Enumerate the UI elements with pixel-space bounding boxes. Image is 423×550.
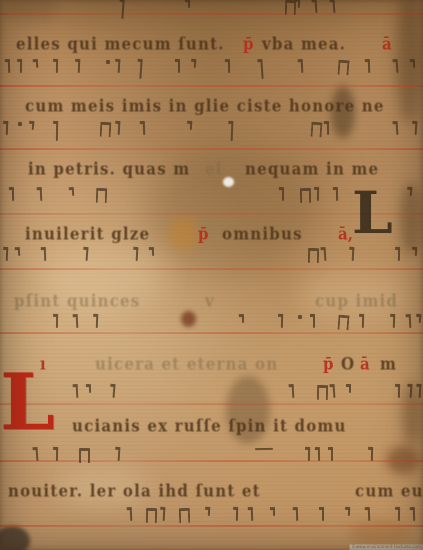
neume-mark: [36, 448, 39, 461]
neume-mark: [415, 122, 418, 135]
chant-text-segment: v: [205, 293, 215, 310]
neume-mark: [179, 508, 191, 523]
chant-text-segment: ā: [360, 356, 370, 373]
neume-mark: [76, 385, 79, 398]
neume-mark: [327, 122, 329, 135]
neume-mark: [273, 508, 275, 516]
neume-mark: [56, 60, 58, 73]
neume-mark: [143, 122, 145, 135]
neume-mark: [139, 60, 142, 79]
red-ruling-line: [0, 332, 423, 334]
neume-mark: [296, 508, 298, 521]
neume-mark: [208, 508, 210, 516]
parchment-stain: [223, 177, 234, 187]
neume-mark: [18, 122, 22, 126]
neume-mark: [298, 315, 302, 319]
neume-mark: [396, 122, 399, 135]
parchment-stain: [0, 526, 30, 550]
neume-mark: [419, 385, 422, 398]
neume-mark: [322, 508, 324, 521]
neume-mark: [324, 248, 327, 261]
parchment-stain: [168, 216, 198, 252]
chant-text-segment: pſint quinces: [14, 293, 140, 310]
neume-mark: [308, 248, 319, 263]
neume-mark: [348, 508, 350, 516]
neume-mark: [352, 248, 355, 261]
red-ruling-line: [0, 148, 423, 150]
neume-mark: [78, 60, 80, 73]
chant-text-segment: ucianis ex ruſſe ſpin it domu: [72, 418, 347, 435]
chant-text-segment: O: [341, 356, 355, 373]
neume-mark: [146, 508, 157, 523]
chant-text-segment: p̄: [198, 226, 209, 243]
chant-text-segment: uicera et eterna on: [95, 356, 278, 373]
red-ruling-line: [0, 268, 423, 270]
neume-mark: [281, 315, 283, 328]
neume-mark: [190, 122, 192, 130]
neume-mark: [313, 315, 315, 328]
neume-mark: [118, 122, 121, 135]
chant-text-segment: el: [205, 161, 223, 178]
chant-text-segment: p̄: [323, 356, 334, 373]
chant-text-segment: in petris. quas m: [28, 161, 190, 178]
neume-mark: [56, 122, 58, 141]
neume-mark: [18, 248, 21, 256]
red-ruling-line: [0, 85, 423, 87]
neume-mark: [194, 60, 197, 68]
neume-mark: [413, 60, 415, 68]
neume-mark: [44, 248, 46, 261]
neume-mark: [255, 448, 273, 450]
neume-mark: [8, 60, 10, 73]
initial-letter: L: [0, 372, 55, 434]
neume-mark: [368, 508, 370, 521]
neume-mark: [308, 448, 310, 461]
chant-text-segment: vba mea.: [262, 36, 346, 53]
neume-mark: [371, 448, 373, 461]
neume-mark: [56, 315, 58, 328]
neume-mark: [6, 248, 8, 261]
chant-text-segment: nouiter. ler ola ihd ſunt et: [8, 483, 261, 500]
neume-mark: [398, 248, 400, 261]
chant-text-segment: p̄: [243, 36, 254, 53]
neume-mark: [79, 448, 90, 463]
neume-mark: [393, 315, 395, 328]
neume-mark: [409, 315, 412, 328]
neume-mark: [260, 60, 263, 79]
neume-mark: [292, 385, 295, 398]
red-ruling-line: [0, 460, 423, 462]
neume-mark: [40, 188, 43, 201]
neume-mark: [113, 385, 116, 398]
chant-text-segment: inuilerit glze: [25, 226, 150, 243]
neume-mark: [336, 188, 338, 201]
neume-mark: [368, 60, 370, 73]
neume-mark: [337, 60, 349, 76]
neume-mark: [20, 60, 22, 73]
neume-mark: [100, 122, 112, 138]
chant-text-segment: cum meis imis in glie ciste honore ne: [25, 98, 385, 115]
red-ruling-line: [0, 403, 423, 405]
neume-mark: [419, 315, 422, 323]
neume-mark: [228, 60, 230, 73]
neume-mark: [6, 122, 8, 135]
neume-mark: [231, 122, 234, 141]
chant-text-segment: nequam in me: [245, 161, 379, 178]
neume-mark: [236, 508, 238, 521]
chant-text-segment: ā,: [338, 226, 353, 243]
neume-mark: [300, 188, 311, 203]
neume-mark: [188, 0, 190, 8]
neume-mark: [12, 188, 14, 201]
neume-mark: [333, 385, 336, 398]
neume-mark: [96, 315, 98, 328]
neume-mark: [415, 248, 417, 256]
neume-mark: [398, 385, 400, 398]
neume-mark: [106, 60, 110, 64]
neume-mark: [362, 315, 364, 328]
neume-mark: [282, 188, 284, 201]
neume-mark: [72, 188, 75, 196]
neume-mark: [163, 508, 166, 521]
neume-mark: [152, 248, 154, 256]
neume-mark: [36, 60, 39, 68]
neume-mark: [251, 508, 253, 521]
red-ruling-line: [0, 13, 423, 15]
parchment-stain: [350, 520, 410, 546]
neume-mark: [32, 122, 35, 130]
chant-text-segment: cum eu: [355, 483, 423, 500]
neume-mark: [285, 0, 297, 15]
chant-text-segment: ā: [382, 36, 392, 53]
parchment-stain: [181, 311, 196, 327]
neume-mark: [89, 385, 91, 393]
parchment-stain: [0, 0, 60, 22]
neume-mark: [96, 188, 108, 203]
neume-mark: [130, 508, 133, 521]
neume-mark: [118, 60, 121, 73]
manuscript-page: elles qui mecum ſunt.p̄vba mea.ācum meis…: [0, 0, 423, 550]
chant-text-segment: cup imid: [315, 293, 398, 310]
neume-mark: [349, 385, 351, 393]
neume-mark: [56, 448, 58, 461]
neume-mark: [178, 60, 180, 73]
red-ruling-line: [0, 525, 423, 527]
watermark-text: ©www.environment-textures.com: [350, 545, 423, 550]
chant-text-segment: m: [380, 356, 397, 373]
neume-mark: [398, 508, 400, 521]
chant-text-segment: elles qui mecum ſunt.: [16, 36, 225, 53]
neume-mark: [76, 315, 79, 328]
neume-mark: [318, 448, 320, 461]
neume-mark: [317, 385, 328, 400]
neume-mark: [331, 448, 333, 461]
chant-text-segment: omnibus: [222, 226, 303, 243]
neume-mark: [242, 315, 244, 323]
initial-letter: L: [352, 190, 393, 236]
neume-mark: [298, 0, 300, 8]
neume-mark: [301, 60, 304, 73]
neume-mark: [413, 508, 415, 521]
neume-mark: [337, 315, 349, 331]
neume-mark: [310, 122, 322, 138]
neume-mark: [317, 188, 319, 201]
